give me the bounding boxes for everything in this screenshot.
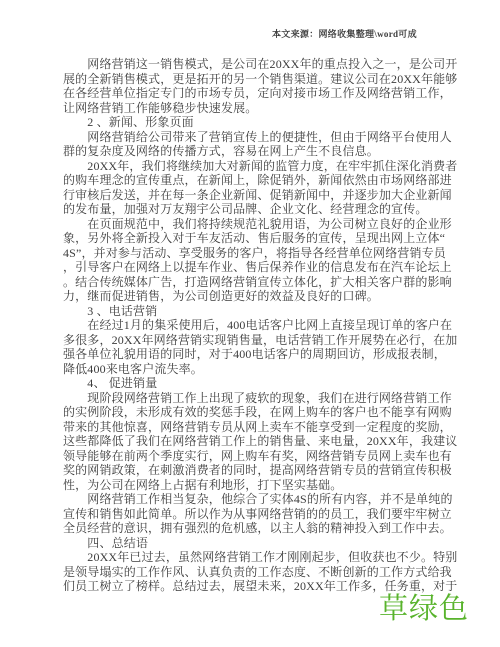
text-line: 性，为公司在网络上占据有利地形，打下坚实基础。 <box>63 478 435 493</box>
text-line: 展的全新销售模式，更是拓开的另一个销售渠道。建议公司在20XX年能够 <box>63 72 435 87</box>
text-line: 让网络营销工作能够稳步快速发展。 <box>63 101 435 116</box>
text-line: 宣传和销售如此简单。所以作为从事网络营销的的员工，我们要牢牢树立 <box>63 507 435 522</box>
text-line: 多很多，20XX年网络营销实现销售量，电话营销工作开展势在必行，在加 <box>63 333 435 348</box>
document-page: 本文来源：网络收集整理\word可成 网络营销这一销售模式，是公司在20XX年的… <box>0 0 500 647</box>
text-line: 在经过1月的集采使用后，400电话客户比网上直接呈现订单的客户在 <box>63 318 435 333</box>
text-line: 网络营销工作相当复杂，他综合了实体4S的所有内容，并不是单纯的 <box>63 492 435 507</box>
text-line: 行审核后发送，并在每一条企业新闻、促销新闻中，并逐步加大企业新闻 <box>63 188 435 203</box>
text-line: 4、 促进销量 <box>63 376 435 391</box>
text-line: 的实例阶段，未形成有效的奖惩手段，在网上购车的客户也不能享有网购 <box>63 405 435 420</box>
text-line: 网络营销给公司带来了营销宣传上的便捷性，但由于网络平台使用人 <box>63 130 435 145</box>
text-line: 力，继而促进销售，为公司创造更好的效益及良好的口碑。 <box>63 289 435 304</box>
text-line: 象，另外将全新投入对于车友活动、售后服务的宣传，呈现出网上立体“ <box>63 231 435 246</box>
text-line: 们员工树立了榜样。总结过去，展望未来，20XX年工作多，任务重，对于 <box>63 579 435 594</box>
text-line: 群的复杂度及网络的传播方式，容易在网上产生不良信息。 <box>63 144 435 159</box>
text-line: 20XX年已过去，虽然网络营销工作才刚刚起步，但收获也不少。特别 <box>63 550 435 565</box>
watermark-text: 草绿色 <box>379 593 469 625</box>
text-line: 带来的其他惊喜，网络营销专员从网上卖车不能享受到一定程度的奖励， <box>63 420 435 435</box>
text-line: 。结合传统媒体广告，打造网络营销宣传立体化，扩大相关客户群的影响 <box>63 275 435 290</box>
text-line: 20XX年，我们将继续加大对新闻的监管力度，在牢牢抓住深化消费者 <box>63 159 435 174</box>
text-line: 在页面规范中，我们将持续规范礼貌用语，为公司树立良好的企业形 <box>63 217 435 232</box>
text-line: 强各单位礼貌用语的同时，对于400电话客户的周期回访，形成报表制， <box>63 347 435 362</box>
text-line: 奖的网销政策，在刺激消费者的同时，提高网络营销专员的营销宣传积极 <box>63 463 435 478</box>
text-line: ，引导客户在网络上以提车作业、售后保养作业的信息发布在汽车论坛上 <box>63 260 435 275</box>
text-line: 2 、新闻、形象页面 <box>63 115 435 130</box>
text-line: 四、总结语 <box>63 536 435 551</box>
text-line: 是领导塌实的工作作风、认真负责的工作态度、不断创新的工作方式给我 <box>63 565 435 580</box>
text-line: 网络营销这一销售模式，是公司在20XX年的重点投入之一，是公司开 <box>63 57 435 72</box>
text-line: 4S”，并对参与活动、享受服务的客户，将指导各经营单位网络营销专员 <box>63 246 435 261</box>
text-line: 的发布量，加强对万友翔宇公司品牌、企业文化、经营理念的宣传。 <box>63 202 435 217</box>
text-line: 现阶段网络营销工作上出现了疲软的现象，我们在进行网络营销工作 <box>63 391 435 406</box>
text-line: 全员经营的意识，拥有强烈的危机感，以主人翁的精神投入到工作中去。 <box>63 521 435 536</box>
text-line: 领导能够在前两个季度实行，网上购车有奖，网络营销专员网上卖车也有 <box>63 449 435 464</box>
document-body: 网络营销这一销售模式，是公司在20XX年的重点投入之一，是公司开展的全新销售模式… <box>63 57 435 594</box>
source-note: 本文来源：网络收集整理\word可成 <box>272 27 417 40</box>
text-line: 在各经营单位指定专门的市场专员，定向对接市场工作及网络营销工作， <box>63 86 435 101</box>
text-line: 3 、电话营销 <box>63 304 435 319</box>
text-line: 的购车理念的宣传重点，在新闻上，除促销外，新闻依然由市场网络部进 <box>63 173 435 188</box>
text-line: 降低400来电客户流失率。 <box>63 362 435 377</box>
text-line: 这些都降低了我们在网络营销工作上的销售量、来电量，20XX年，我建议 <box>63 434 435 449</box>
